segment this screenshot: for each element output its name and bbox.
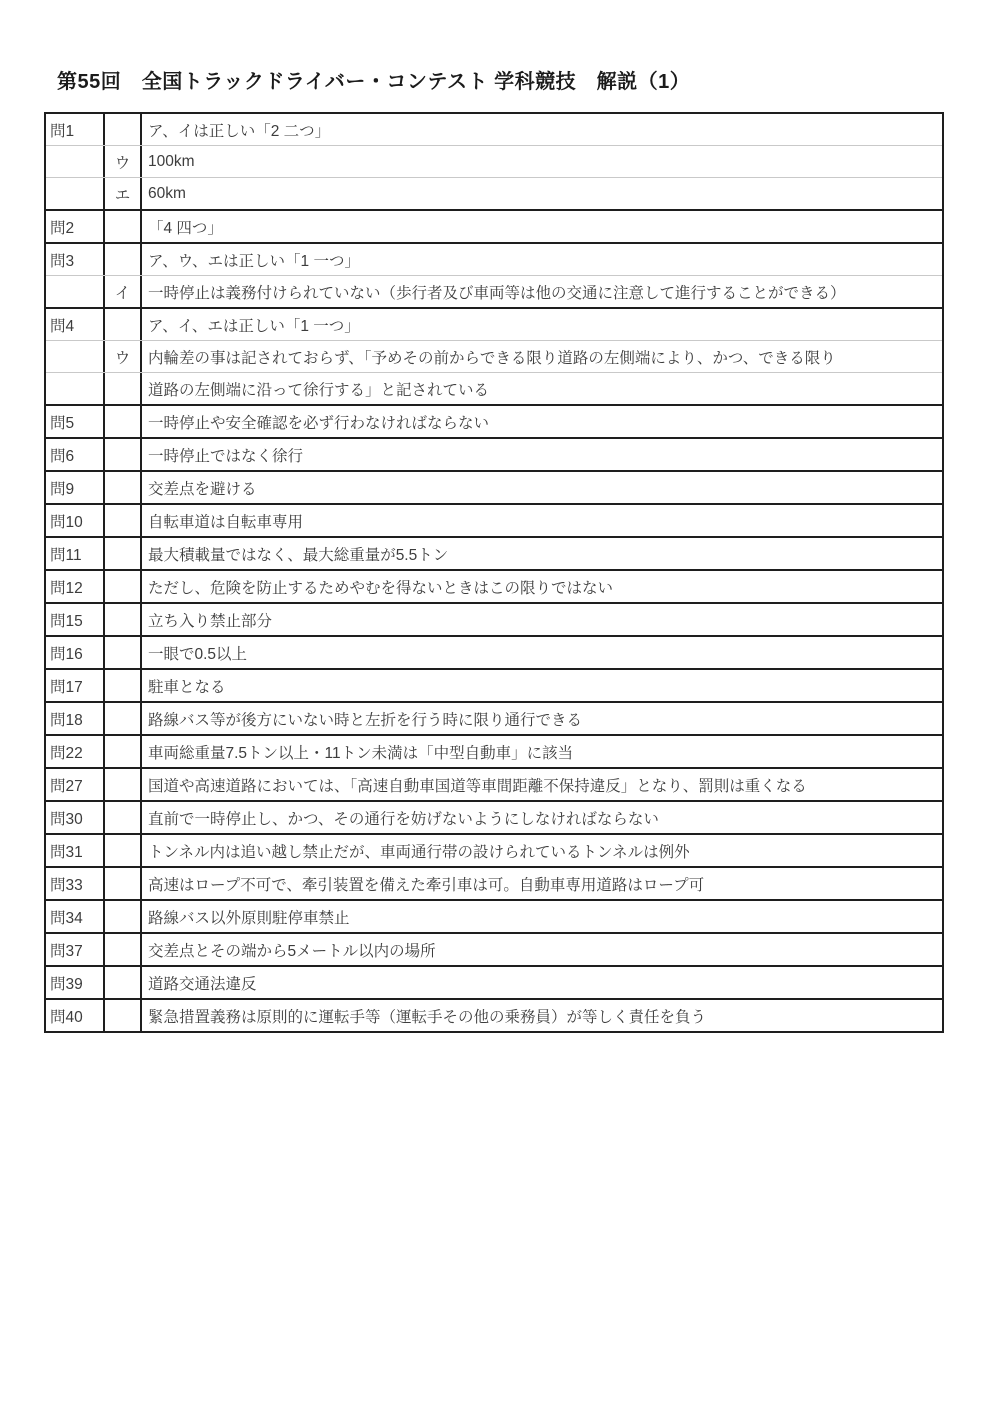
table-row: ウ 100km [46,145,942,177]
table-row: 問40 緊急措置義務は原則的に運転手等（運転手その他の乗務員）が等しく責任を負う [46,998,942,1031]
sub-item-label [105,901,142,932]
answer-text: 一眼で0.5以上 [142,637,942,668]
sub-item-label [105,309,142,340]
question-number [46,276,105,307]
answer-text: 60km [142,178,942,209]
answer-text: トンネル内は追い越し禁止だが、車両通行帯の設けられているトンネルは例外 [142,835,942,866]
answer-text: 100km [142,146,942,177]
answer-text: 自転車道は自転車専用 [142,505,942,536]
table-row: 問39 道路交通法違反 [46,965,942,998]
table-row: 問6 一時停止ではなく徐行 [46,437,942,470]
table-row: 問16 一眼で0.5以上 [46,635,942,668]
sub-item-label: エ [105,178,142,209]
answer-text: 道路の左側端に沿って徐行する」と記されている [142,373,942,404]
answer-text: 道路交通法違反 [142,967,942,998]
table-row: ウ 内輪差の事は記されておらず、「予めその前からできる限り道路の左側端により、か… [46,340,942,372]
sub-item-label [105,571,142,602]
answer-text: 交差点とその端から5メートル以内の場所 [142,934,942,965]
question-number: 問17 [46,670,105,701]
sub-item-label [105,967,142,998]
sub-item-label [105,802,142,833]
question-number: 問5 [46,406,105,437]
answer-text: 駐車となる [142,670,942,701]
table-row: 問18 路線バス等が後方にいない時と左折を行う時に限り通行できる [46,701,942,734]
question-number: 問12 [46,571,105,602]
sub-item-label [105,439,142,470]
table-row: 問17 駐車となる [46,668,942,701]
question-number [46,178,105,209]
answer-text: 一時停止は義務付けられていない（歩行者及び車両等は他の交通に注意して進行すること… [142,276,942,307]
sub-item-label [105,505,142,536]
answer-table: 問1 ア、イは正しい「2 二つ」 ウ 100km エ 60km 問2 「4 四つ… [44,112,944,1033]
answer-text: 一時停止や安全確認を必ず行わなければならない [142,406,942,437]
table-row: 問33 高速はロープ不可で、牽引装置を備えた牽引車は可。自動車専用道路はロープ可 [46,866,942,899]
question-number: 問11 [46,538,105,569]
table-row: 問34 路線バス以外原則駐停車禁止 [46,899,942,932]
question-number: 問34 [46,901,105,932]
sub-item-label [105,868,142,899]
sub-item-label [105,670,142,701]
question-number: 問18 [46,703,105,734]
sub-item-label: ウ [105,146,142,177]
question-number: 問37 [46,934,105,965]
answer-text: ア、ウ、エは正しい「1 一つ」 [142,244,942,275]
table-row: 問2 「4 四つ」 [46,209,942,242]
sub-item-label: ウ [105,341,142,372]
answer-text: 内輪差の事は記されておらず、「予めその前からできる限り道路の左側端により、かつ、… [142,341,942,372]
table-row: 問10 自転車道は自転車専用 [46,503,942,536]
sub-item-label [105,736,142,767]
answer-text: 高速はロープ不可で、牽引装置を備えた牽引車は可。自動車専用道路はロープ可 [142,868,942,899]
question-number: 問27 [46,769,105,800]
sub-item-label [105,472,142,503]
answer-text: 一時停止ではなく徐行 [142,439,942,470]
table-row: 問5 一時停止や安全確認を必ず行わなければならない [46,404,942,437]
sub-item-label [105,211,142,242]
sub-item-label: イ [105,276,142,307]
table-row: イ 一時停止は義務付けられていない（歩行者及び車両等は他の交通に注意して進行する… [46,275,942,307]
answer-text: 路線バス以外原則駐停車禁止 [142,901,942,932]
question-number [46,146,105,177]
table-row: 問27 国道や高速道路においては、「高速自動車国道等車間距離不保持違反」となり、… [46,767,942,800]
question-number: 問4 [46,309,105,340]
answer-text: 最大積載量ではなく、最大総重量が5.5トン [142,538,942,569]
sub-item-label [105,934,142,965]
question-number: 問10 [46,505,105,536]
question-number: 問22 [46,736,105,767]
question-number: 問33 [46,868,105,899]
answer-text: 路線バス等が後方にいない時と左折を行う時に限り通行できる [142,703,942,734]
table-row: エ 60km [46,177,942,209]
sub-item-label [105,538,142,569]
table-row: 問30 直前で一時停止し、かつ、その通行を妨げないようにしなければならない [46,800,942,833]
sub-item-label [105,244,142,275]
answer-text: ア、イ、エは正しい「1 一つ」 [142,309,942,340]
answer-text: 車両総重量7.5トン以上・11トン未満は「中型自動車」に該当 [142,736,942,767]
question-number: 問9 [46,472,105,503]
answer-text: 「4 四つ」 [142,211,942,242]
table-row: 問37 交差点とその端から5メートル以内の場所 [46,932,942,965]
table-row: 問4 ア、イ、エは正しい「1 一つ」 [46,307,942,340]
answer-text: ア、イは正しい「2 二つ」 [142,114,942,145]
table-row: 問31 トンネル内は追い越し禁止だが、車両通行帯の設けられているトンネルは例外 [46,833,942,866]
question-number: 問2 [46,211,105,242]
sub-item-label [105,604,142,635]
sub-item-label [105,114,142,145]
table-row: 問11 最大積載量ではなく、最大総重量が5.5トン [46,536,942,569]
table-row: 問15 立ち入り禁止部分 [46,602,942,635]
question-number: 問30 [46,802,105,833]
sub-item-label [105,637,142,668]
table-row: 問3 ア、ウ、エは正しい「1 一つ」 [46,242,942,275]
question-number: 問16 [46,637,105,668]
question-number: 問6 [46,439,105,470]
question-number: 問40 [46,1000,105,1031]
question-number: 問39 [46,967,105,998]
table-row: 問12 ただし、危険を防止するためやむを得ないときはこの限りではない [46,569,942,602]
sub-item-label [105,1000,142,1031]
sub-item-label [105,835,142,866]
sub-item-label [105,406,142,437]
table-row: 問22 車両総重量7.5トン以上・11トン未満は「中型自動車」に該当 [46,734,942,767]
answer-text: 交差点を避ける [142,472,942,503]
answer-text: 国道や高速道路においては、「高速自動車国道等車間距離不保持違反」となり、罰則は重… [142,769,942,800]
answer-text: ただし、危険を防止するためやむを得ないときはこの限りではない [142,571,942,602]
question-number: 問1 [46,114,105,145]
question-number: 問3 [46,244,105,275]
sub-item-label [105,703,142,734]
question-number [46,373,105,404]
question-number [46,341,105,372]
answer-text: 直前で一時停止し、かつ、その通行を妨げないようにしなければならない [142,802,942,833]
answer-text: 緊急措置義務は原則的に運転手等（運転手その他の乗務員）が等しく責任を負う [142,1000,942,1031]
page-title: 第55回 全国トラックドライバー・コンテスト 学科競技 解説（1） [57,68,690,96]
sub-item-label [105,769,142,800]
table-row: 道路の左側端に沿って徐行する」と記されている [46,372,942,404]
question-number: 問15 [46,604,105,635]
table-row: 問1 ア、イは正しい「2 二つ」 [46,114,942,145]
question-number: 問31 [46,835,105,866]
answer-text: 立ち入り禁止部分 [142,604,942,635]
table-row: 問9 交差点を避ける [46,470,942,503]
sub-item-label [105,373,142,404]
